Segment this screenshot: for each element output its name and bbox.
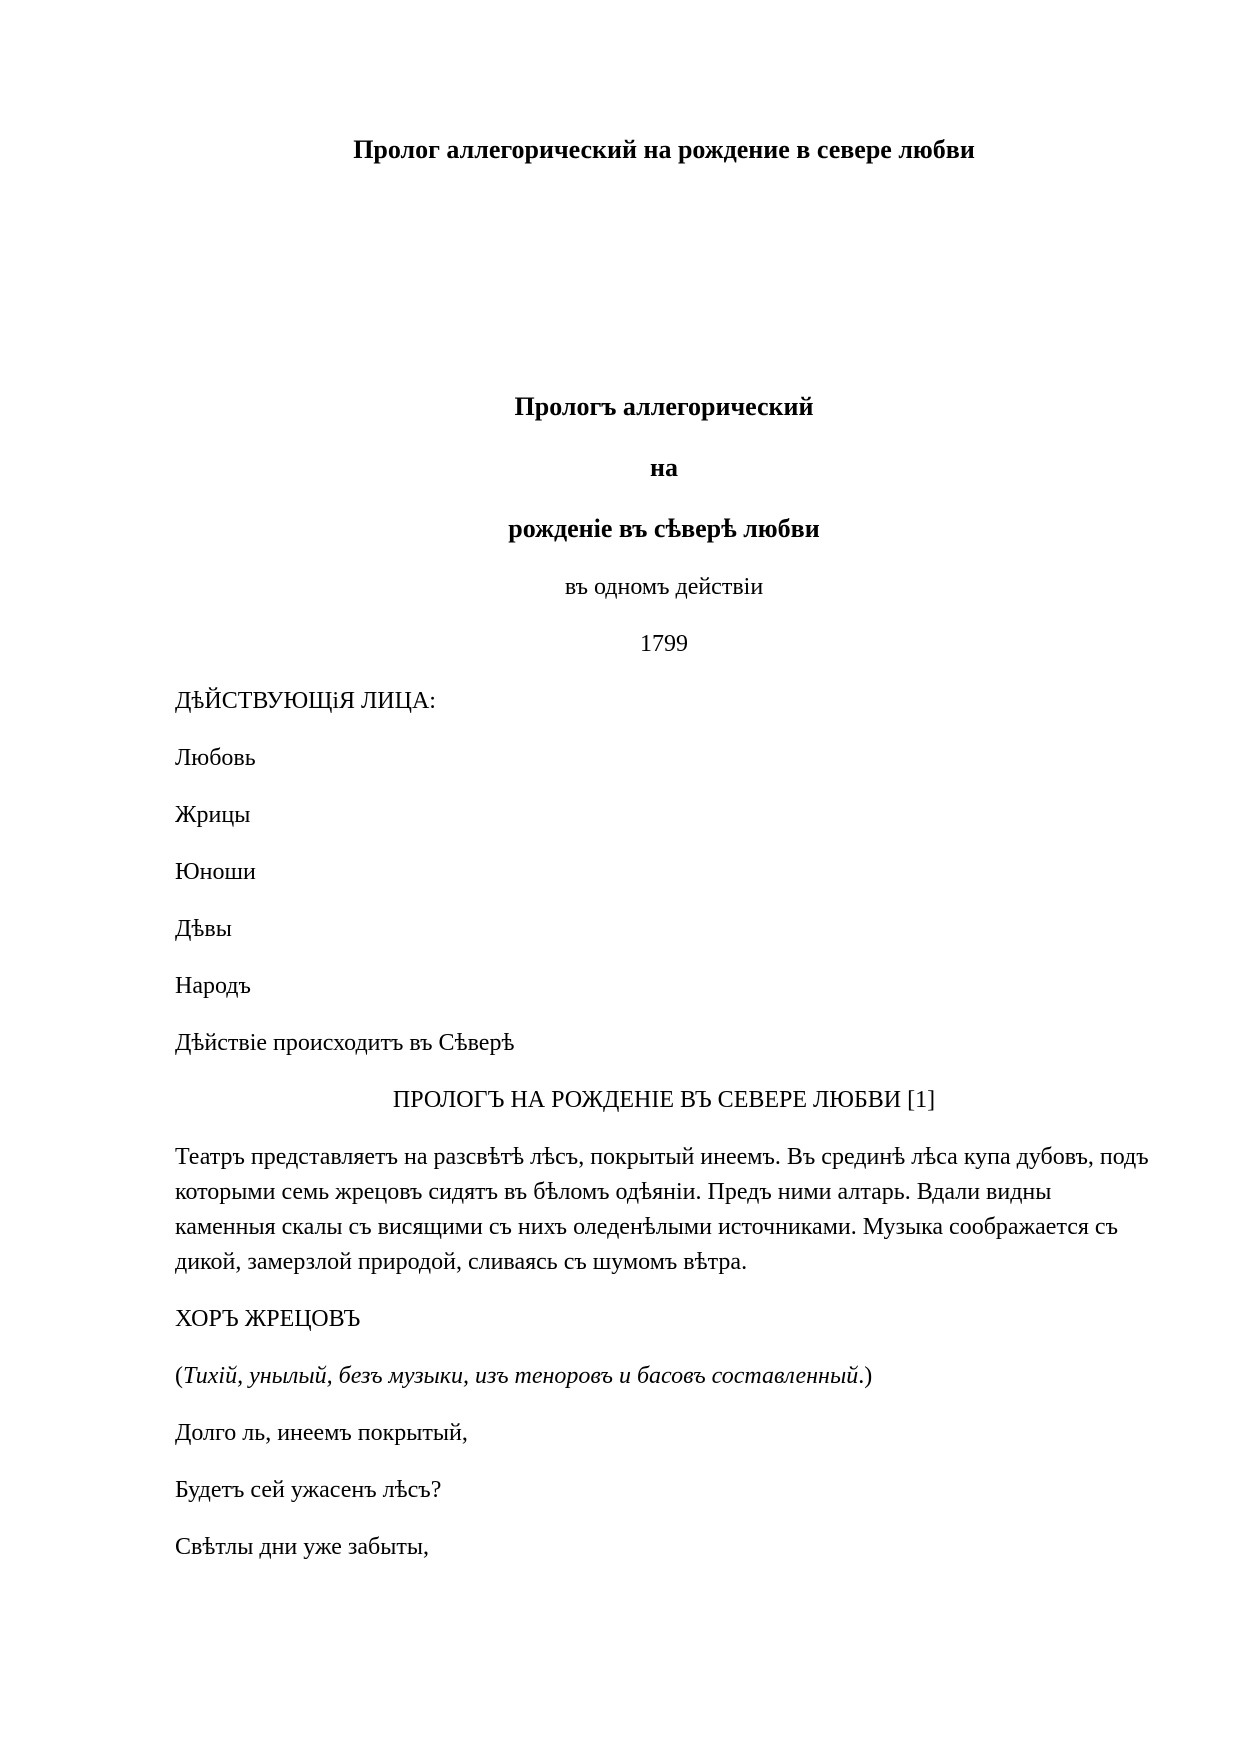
cast-section: ДѣЙСТВУЮЩіЯ ЛИЦА: Любовь Жрицы Юноши Дѣв…	[175, 684, 1153, 1061]
cast-member: Дѣвы	[175, 912, 1153, 947]
play-title-block: Прологъ аллегорический на рожденіе въ сѣ…	[175, 387, 1153, 662]
play-title-line-1: Прологъ аллегорический	[175, 387, 1153, 426]
cast-heading: ДѣЙСТВУЮЩіЯ ЛИЦА:	[175, 684, 1153, 719]
cast-member: Юноши	[175, 855, 1153, 890]
document-page: Пролог аллегорический на рождение в севе…	[0, 0, 1241, 1754]
chorus-note-paren-open: (	[175, 1363, 183, 1389]
chorus-note: (Тихій, унылый, безъ музыки, изъ теноров…	[175, 1359, 1153, 1394]
cast-setting: Дѣйствіе происходитъ въ Сѣверѣ	[175, 1026, 1153, 1061]
prologue-section: ПРОЛОГЪ НА РОЖДЕНІЕ ВЪ СЕВЕРЕ ЛЮБВИ [1] …	[175, 1083, 1153, 1565]
cast-member: Народъ	[175, 969, 1153, 1004]
cast-member: Жрицы	[175, 798, 1153, 833]
play-title-line-2: на	[175, 448, 1153, 487]
document-title: Пролог аллегорический на рождение в севе…	[175, 130, 1153, 169]
verse-line: Будетъ сей ужасенъ лѣсъ?	[175, 1473, 1153, 1508]
prologue-heading: ПРОЛОГЪ НА РОЖДЕНІЕ ВЪ СЕВЕРЕ ЛЮБВИ [1]	[175, 1083, 1153, 1118]
verse-line: Долго ль, инеемъ покрытый,	[175, 1416, 1153, 1451]
stage-direction: Театръ представляетъ на разсвѣтѣ лѣсъ, п…	[175, 1140, 1153, 1280]
play-subtitle: въ одномъ действіи	[175, 570, 1153, 605]
play-title-line-3: рожденіе въ сѣверѣ любви	[175, 509, 1153, 548]
chorus-note-text: Тихій, унылый, безъ музыки, изъ теноровъ…	[183, 1363, 858, 1389]
play-year: 1799	[175, 627, 1153, 662]
verse-line: Свѣтлы дни уже забыты,	[175, 1530, 1153, 1565]
cast-member: Любовь	[175, 741, 1153, 776]
chorus-note-paren-close: .)	[858, 1363, 872, 1389]
chorus-heading: ХОРЪ ЖРЕЦОВЪ	[175, 1302, 1153, 1337]
